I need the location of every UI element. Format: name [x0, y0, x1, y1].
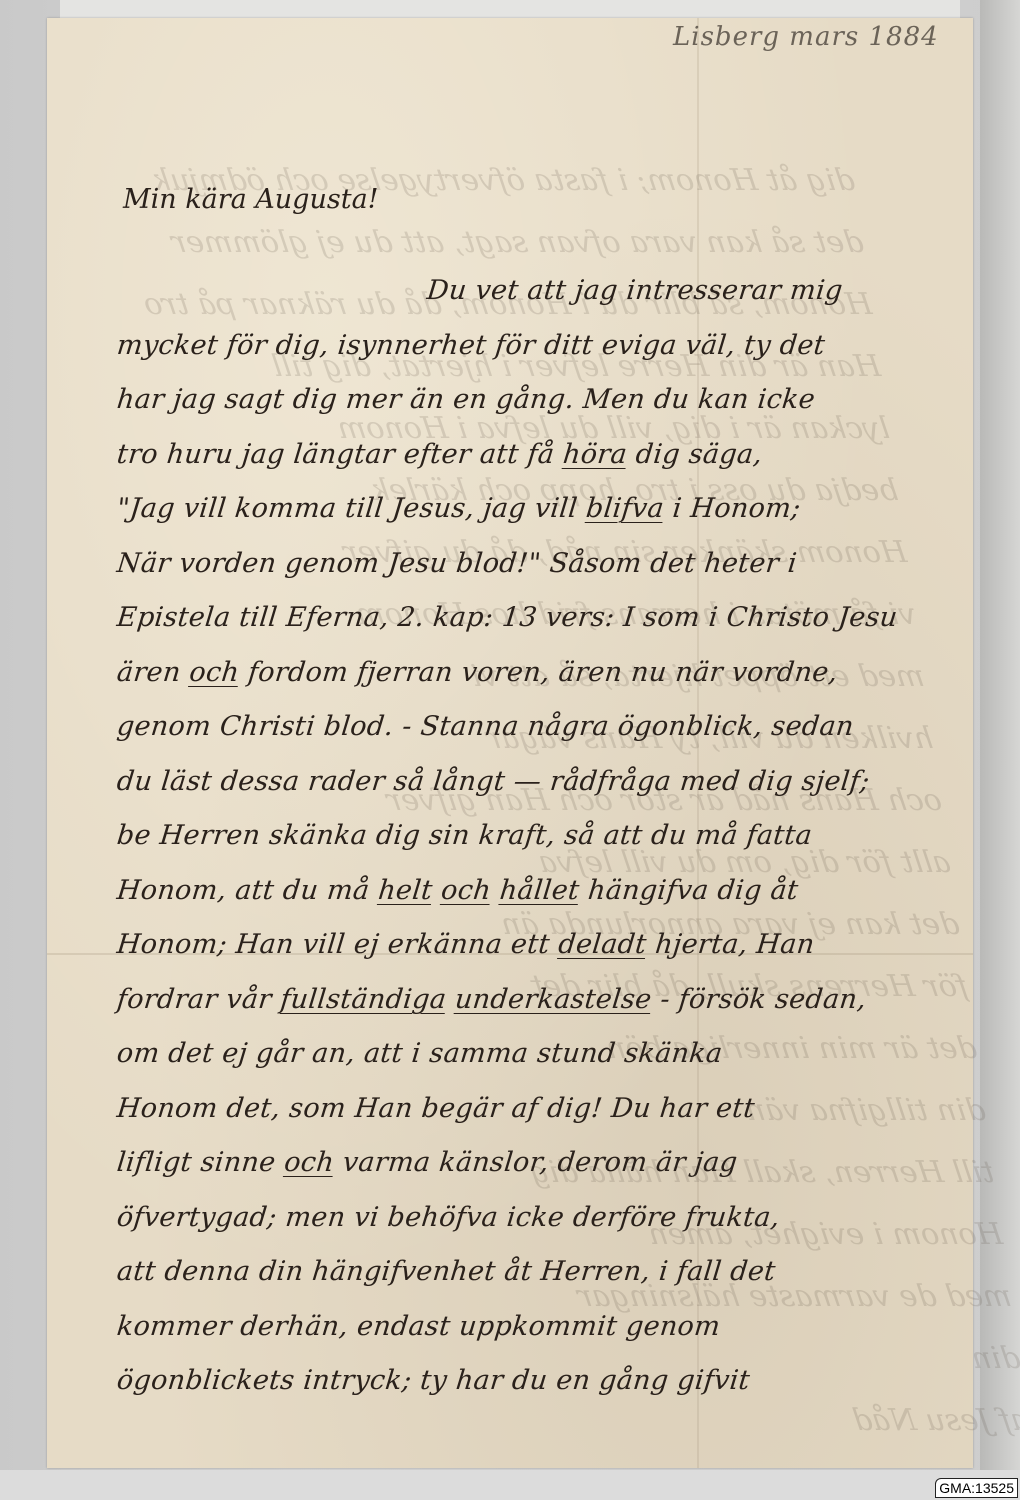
letter-line: kommer derhän, endast uppkommit genom — [114, 1300, 965, 1355]
underlined-word: blifva — [585, 493, 666, 524]
backdrop-right — [980, 0, 1020, 1500]
letter-line: Honom; Han vill ej erkänna ett deladt hj… — [114, 918, 965, 973]
letter-line: be Herren skänka dig sin kraft, så att d… — [114, 809, 965, 864]
underlined-word: och — [188, 657, 241, 688]
underlined-word: underkastelse — [453, 984, 653, 1015]
letter-line: ögonblickets intryck; ty har du en gång … — [114, 1354, 965, 1409]
letter-page: dig åt Honom; i fasta öfvertygelse och ö… — [47, 18, 973, 1468]
letter-line: genom Christi blod. - Stanna några ögonb… — [114, 700, 965, 755]
underlined-word: och — [440, 875, 493, 906]
underlined-word: deladt — [557, 929, 648, 960]
underlined-word: hållet — [498, 875, 581, 906]
letter-line: du läst dessa rader så långt — rådfråga … — [114, 755, 965, 810]
letter-line: ären och fordom fjerran voren, ären nu n… — [114, 646, 965, 701]
letter-line: om det ej går an, att i samma stund skän… — [114, 1027, 965, 1082]
letter-line: har jag sagt dig mer än en gång. Men du … — [114, 373, 965, 428]
underlined-word: helt — [377, 875, 434, 906]
letter-line: fordrar vår fullständiga underkastelse -… — [114, 973, 965, 1028]
letter-line: Honom det, som Han begär af dig! Du har … — [114, 1082, 965, 1137]
letter-line: Du vet att jag intresserar mig — [114, 264, 965, 319]
letter-line: lifligt sinne och varma känslor, derom ä… — [114, 1136, 965, 1191]
underlined-word: fullständiga — [279, 984, 448, 1015]
underlined-word: och — [283, 1147, 336, 1178]
letter-line: Honom, att du må helt och hållet hängifv… — [114, 864, 965, 919]
letter-line: öfvertygad; men vi behöfva icke derföre … — [114, 1191, 965, 1246]
salutation: Min kära Augusta! — [123, 168, 962, 232]
letter-body: Min kära Augusta! Du vet att jag intress… — [117, 168, 962, 1409]
pencil-annotation: Lisberg mars 1884 — [673, 22, 939, 52]
catalog-number-label: GMA:13525 — [935, 1478, 1018, 1498]
letter-line: mycket för dig, isynnerhet för ditt evig… — [114, 319, 965, 374]
letter-line: Epistela till Eferna, 2. kap: 13 vers: I… — [114, 591, 965, 646]
letter-line: "Jag vill komma till Jesus, jag vill bli… — [114, 482, 965, 537]
letter-line: att denna din hängifvenhet åt Herren, i … — [114, 1245, 965, 1300]
letter-line: När vorden genom Jesu blod!" Såsom det h… — [114, 537, 965, 592]
backdrop-bottom — [0, 1470, 1020, 1500]
letter-line: tro huru jag längtar efter att få höra d… — [114, 428, 965, 483]
underlined-word: höra — [562, 439, 629, 470]
